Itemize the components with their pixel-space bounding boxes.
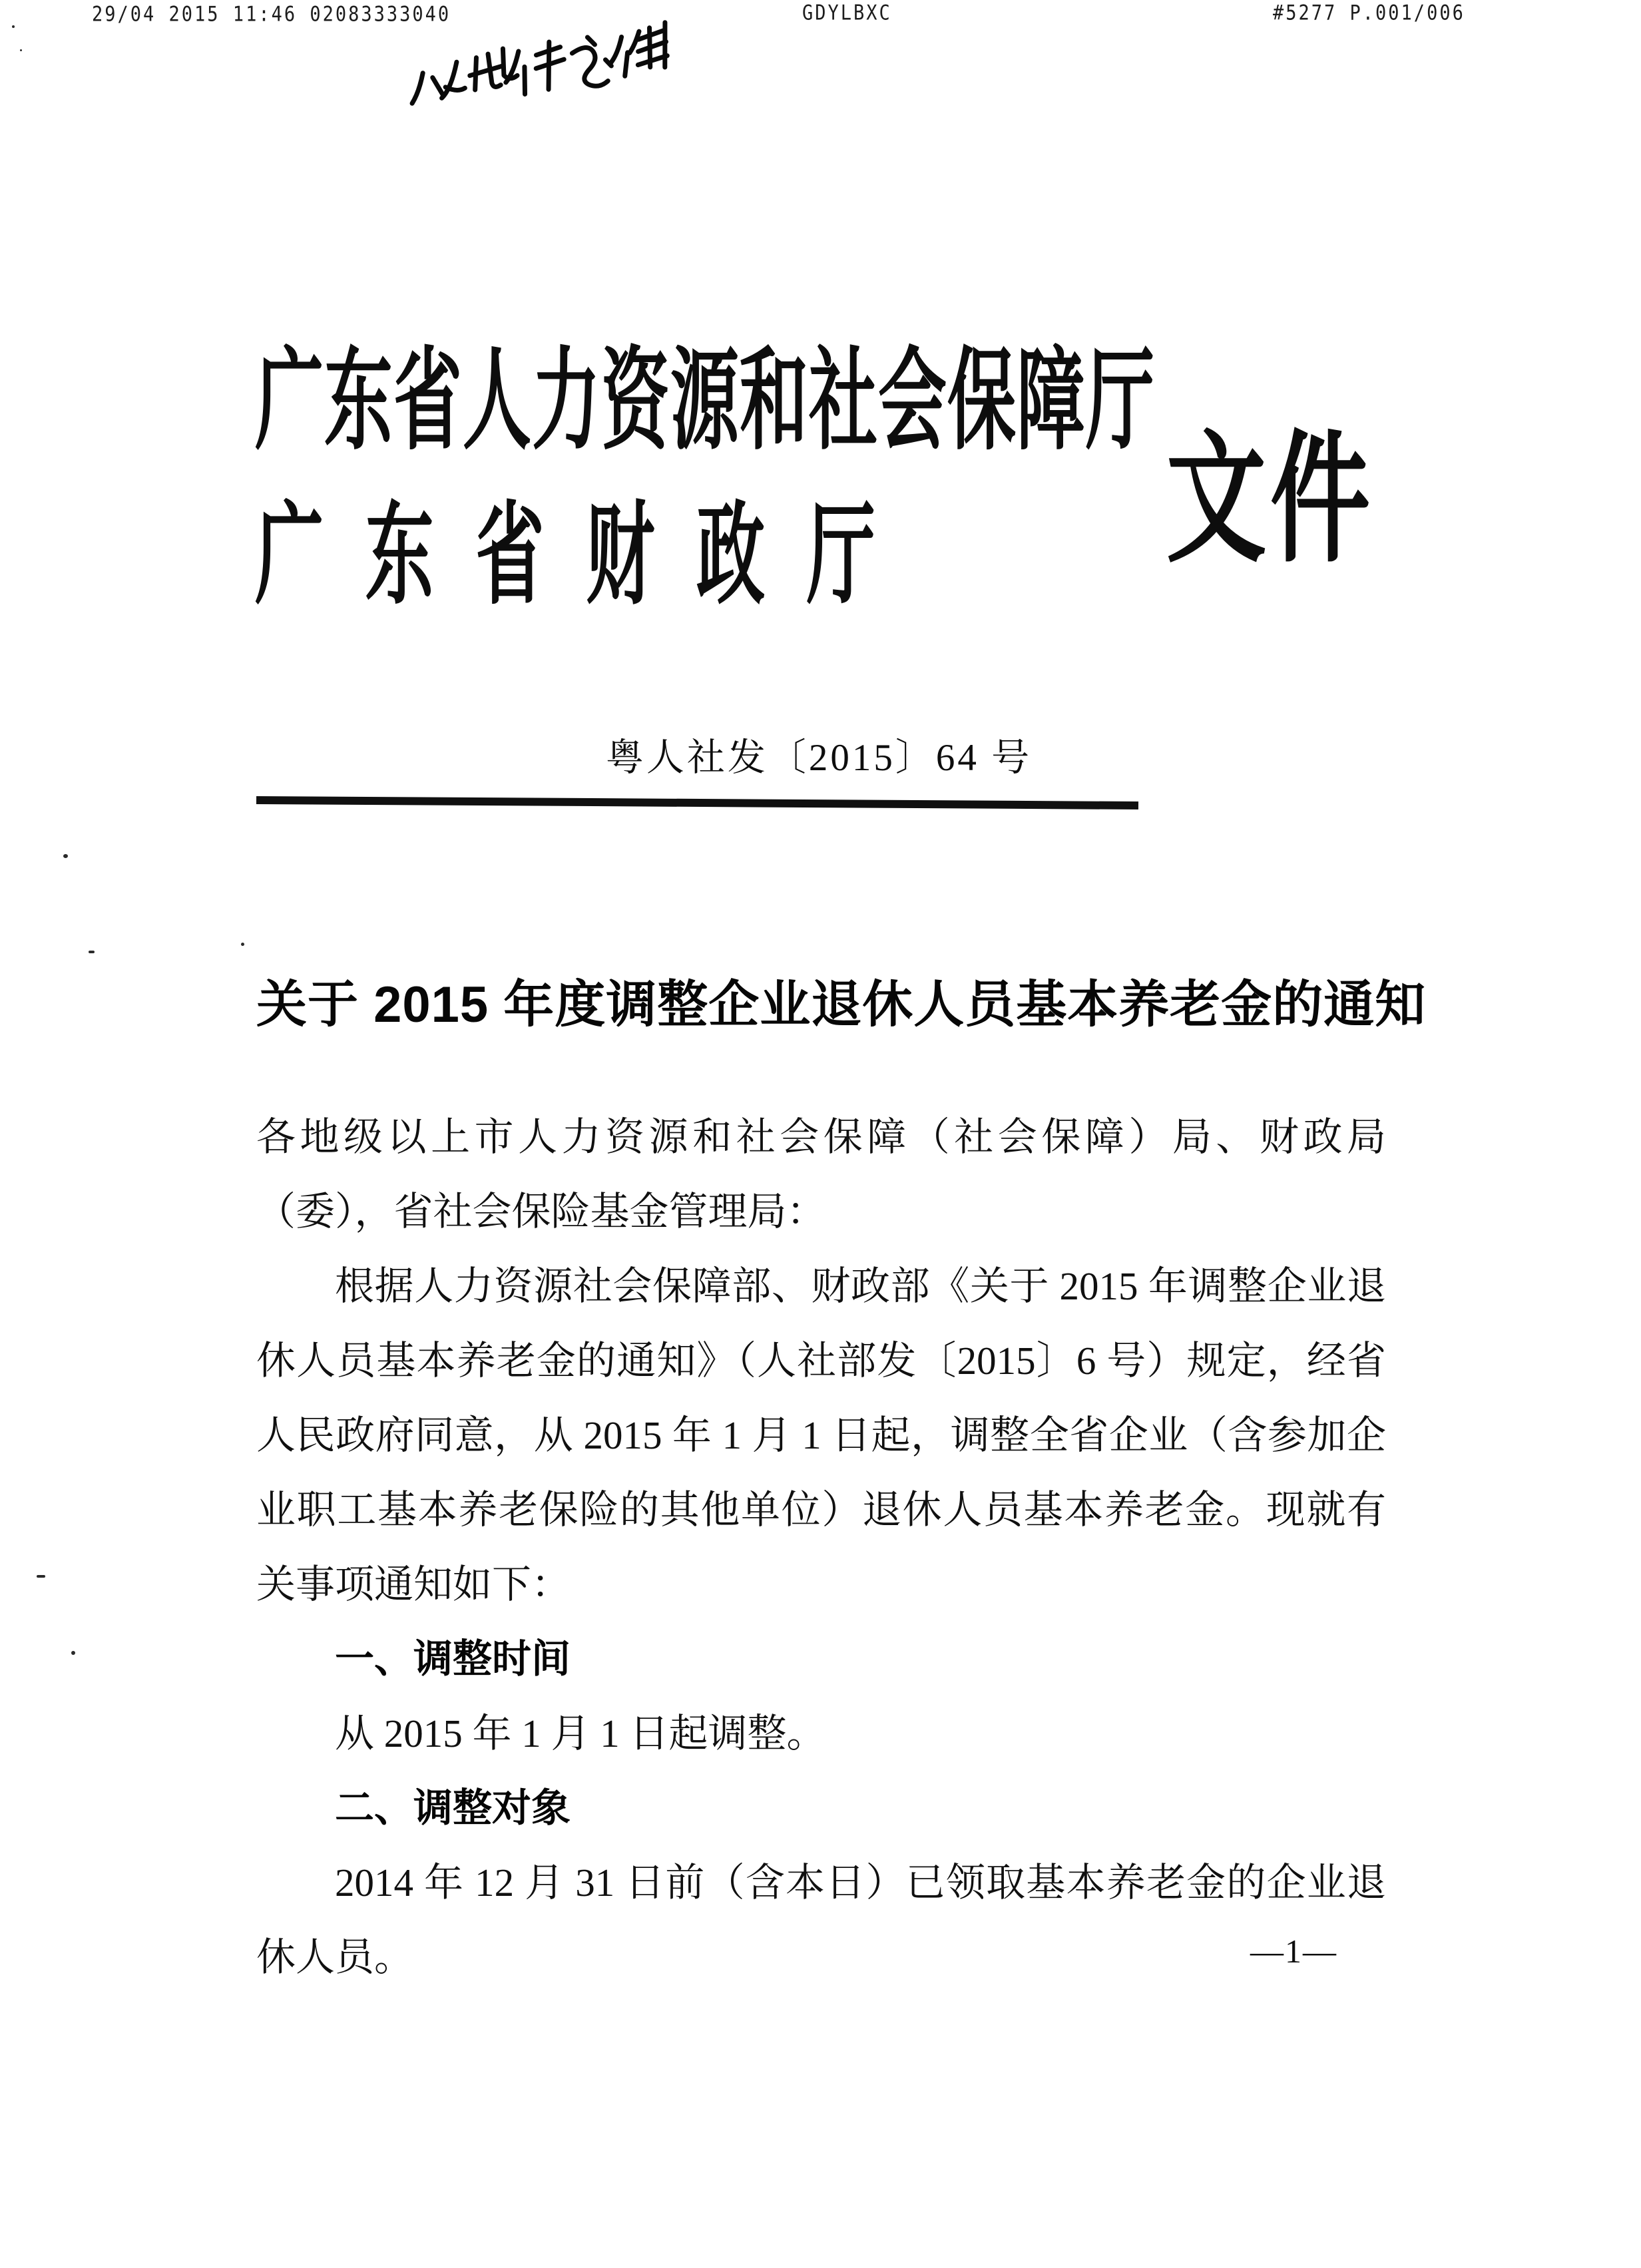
fax-header-code: GDYLBXC — [802, 1, 892, 25]
scan-speck — [241, 943, 244, 946]
letterhead-org-line1: 广东省人力资源和社会保障厅 — [255, 312, 1154, 471]
intro-paragraph: 根据人力资源社会保障部、财政部《关于 2015 年调整企业退休人员基本养老金的通… — [256, 1249, 1386, 1622]
scan-speck — [37, 1575, 45, 1578]
section-heading-1: 一、调整时间 — [256, 1622, 1386, 1696]
section-2-paragraph: 2014 年 12 月 31 日前（含本日）已领取基本养老金的企业退休人员。 — [256, 1845, 1386, 1994]
document-body: 各地级以上市人力资源和社会保障（社会保障）局、财政局（委），省社会保险基金管理局… — [256, 1100, 1386, 1994]
scan-speck — [20, 49, 22, 51]
letterhead-org-line2: 广 东 省 财 政 厅 — [255, 466, 974, 626]
addressee-paragraph: 各地级以上市人力资源和社会保障（社会保障）局、财政局（委），省社会保险基金管理局… — [256, 1100, 1386, 1249]
letterhead-separator-rule — [256, 796, 1138, 809]
document-number: 粤人社发〔2015〕64 号 — [256, 727, 1381, 782]
handwritten-note-strokes — [383, 7, 702, 123]
section-1-paragraph: 从 2015 年 1 月 1 日起调整。 — [256, 1696, 1386, 1771]
scan-speck — [63, 854, 68, 858]
handwritten-note — [383, 7, 702, 126]
section-heading-2: 二、调整对象 — [256, 1771, 1386, 1845]
fax-header-page-info: #5277 P.001/006 — [1273, 1, 1465, 25]
letterhead-document-word: 文件 — [1166, 385, 1374, 589]
document-title: 关于 2015 年度调整企业退休人员基本养老金的通知 — [256, 964, 1386, 1036]
scan-speck — [71, 1651, 75, 1655]
page-number: —1— — [1250, 1932, 1337, 1970]
scan-speck — [89, 951, 95, 953]
scanned-fax-page: 29/04 2015 11:46 02083333040 GDYLBXC #52… — [0, 0, 1641, 2268]
scan-speck — [12, 25, 15, 28]
